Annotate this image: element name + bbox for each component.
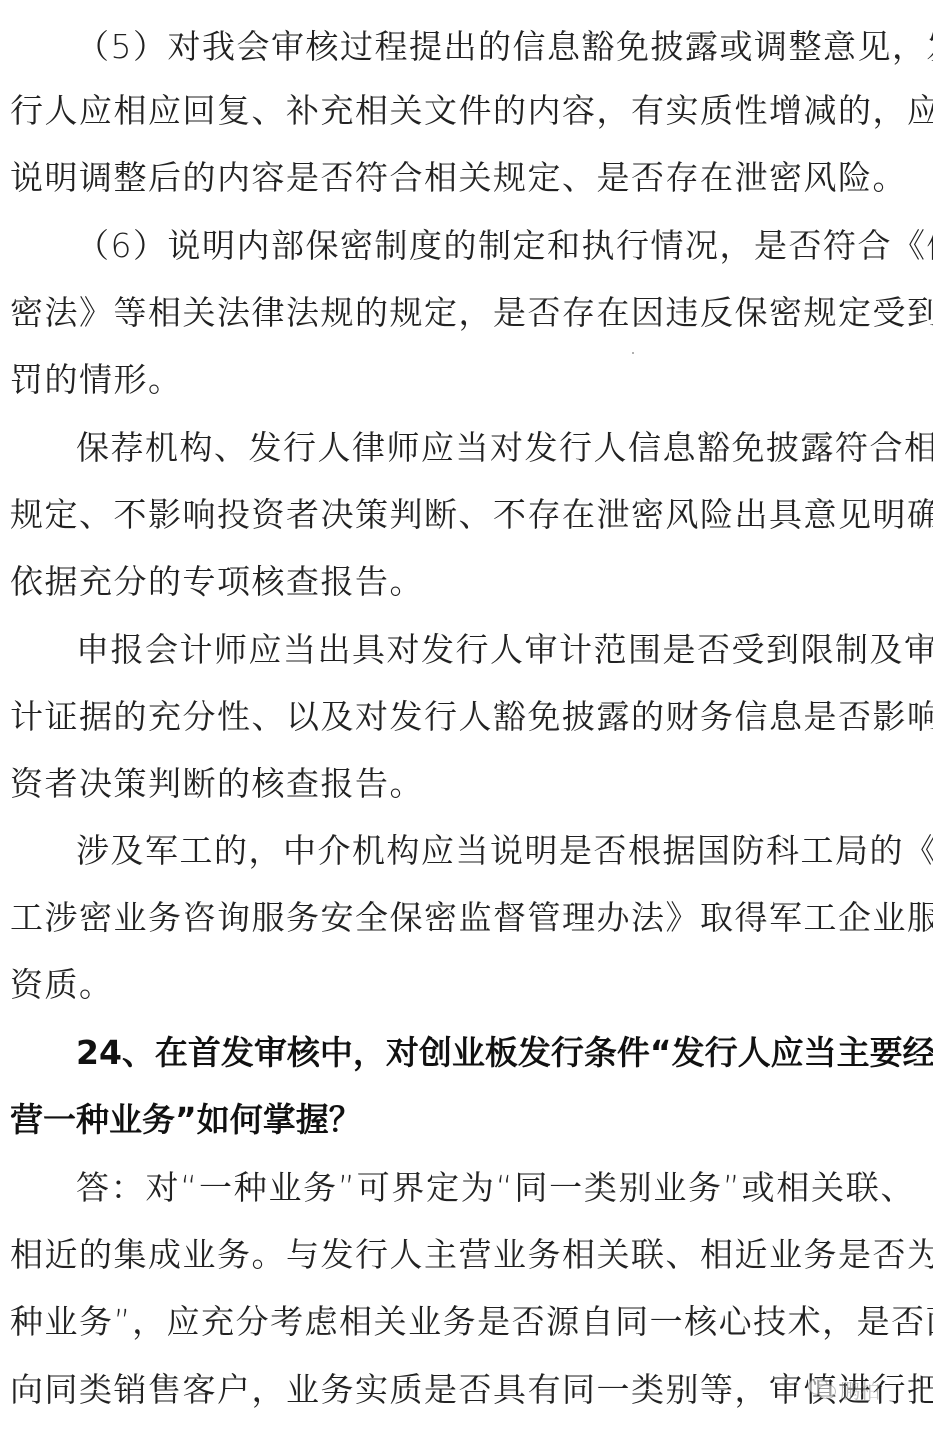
watermark-text: 鹏柏 <box>840 1375 880 1404</box>
answer-line-1: 答：对“一种业务”可界定为“同一类别业务”或相关联、 <box>76 1168 915 1208</box>
military-paragraph-line-1: 涉及军工的，中介机构应当说明是否根据国防科工局的《军 <box>76 831 915 871</box>
sponsor-paragraph-line-3: 依据充分的专项核查报告。 <box>10 562 915 602</box>
accountant-paragraph-line-2: 计证据的充分性、以及对发行人豁免披露的财务信息是否影响投 <box>10 697 915 737</box>
paragraph-6-line-1: （6）说明内部保密制度的制定和执行情况，是否符合《保 <box>76 226 915 266</box>
military-paragraph-line-3: 资质。 <box>10 965 915 1005</box>
accountant-paragraph-line-3: 资者决策判断的核查报告。 <box>10 764 915 804</box>
accountant-paragraph-line-1: 申报会计师应当出具对发行人审计范围是否受到限制及审 <box>76 630 915 670</box>
sponsor-paragraph-line-2: 规定、不影响投资者决策判断、不存在泄密风险出具意见明确、 <box>10 495 915 535</box>
paragraph-6-line-3: 罚的情形。 <box>10 360 915 400</box>
scan-speck <box>632 352 634 354</box>
military-paragraph-line-2: 工涉密业务咨询服务安全保密监督管理办法》取得军工企业服务 <box>10 898 915 938</box>
question-24-line-1: 24、在首发审核中，对创业板发行条件“发行人应当主要经 <box>76 1033 915 1073</box>
answer-line-2: 相近的集成业务。与发行人主营业务相关联、相近业务是否为“一 <box>10 1235 915 1275</box>
wechat-icon <box>808 1376 838 1402</box>
sponsor-paragraph-line-1: 保荐机构、发行人律师应当对发行人信息豁免披露符合相关 <box>76 428 915 468</box>
paragraph-5-line-3: 说明调整后的内容是否符合相关规定、是否存在泄密风险。 <box>10 158 915 198</box>
document-page: （5）对我会审核过程提出的信息豁免披露或调整意见，发 行人应相应回复、补充相关文… <box>0 0 933 1433</box>
paragraph-6-line-2: 密法》等相关法律法规的规定，是否存在因违反保密规定受到处 <box>10 293 915 333</box>
answer-line-4: 向同类销售客户，业务实质是否具有同一类别等，审慎进行把握。 <box>10 1370 915 1410</box>
paragraph-5-line-1: （5）对我会审核过程提出的信息豁免披露或调整意见，发 <box>76 27 915 67</box>
paragraph-5-line-2: 行人应相应回复、补充相关文件的内容，有实质性增减的，应当 <box>10 91 915 131</box>
watermark: 鹏柏 <box>808 1374 880 1404</box>
answer-line-3: 种业务”，应充分考虑相关业务是否源自同一核心技术，是否面 <box>10 1302 915 1342</box>
question-24-line-2: 营一种业务”如何掌握？ <box>10 1100 915 1140</box>
